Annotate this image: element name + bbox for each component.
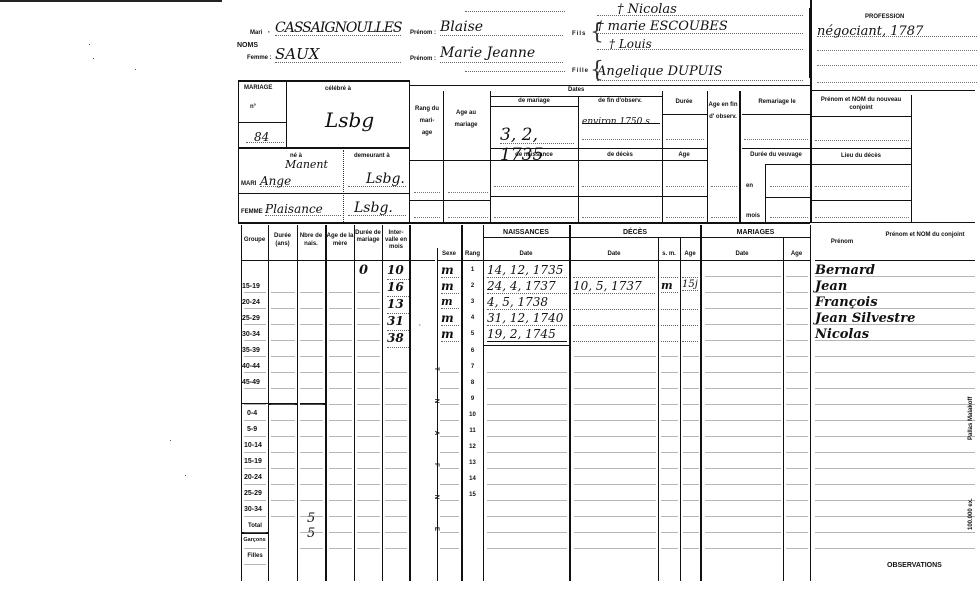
sm-value: [661, 263, 678, 278]
hdr-rang: Rang: [462, 251, 483, 257]
femme-ne-a-value: Plaisance: [265, 202, 323, 216]
hdr-age-mere: Age de la mère: [326, 232, 354, 248]
group-label: 20-24: [242, 299, 268, 315]
rule: [662, 148, 707, 149]
hdr-groupe: Groupe: [241, 237, 268, 243]
dotted-fill: [271, 277, 295, 525]
divider: [739, 91, 741, 222]
femme-prenom-value: Marie Jeanne: [440, 45, 535, 61]
group-label: 45-49: [242, 379, 268, 395]
sexe-value: m: [441, 311, 459, 326]
dotted-rule: [414, 192, 440, 193]
mariage-no-value: 84: [246, 130, 269, 144]
hdr-prenom: Prénom: [817, 239, 867, 245]
dotted-fill: [786, 261, 808, 557]
scan-speck: [135, 69, 136, 70]
mari-nom-field[interactable]: CASSAIGNOULLES: [275, 19, 401, 36]
rule: [239, 122, 286, 123]
femme-nom-field[interactable]: SAUX: [275, 45, 401, 63]
rang-value: 7: [462, 364, 483, 380]
group-label: 35-39: [242, 347, 268, 363]
rule: [662, 114, 707, 115]
de-fin-value: environ 1750 s: [582, 117, 650, 127]
rule: [812, 200, 911, 201]
rule: [242, 403, 268, 404]
rule: [238, 80, 410, 82]
dotted-rule: [666, 186, 704, 187]
hdr-duree-ans: Durée (ans): [268, 232, 297, 248]
group-label: [242, 267, 268, 283]
dotted-rule: [815, 186, 909, 187]
naissance-value: 14, 12, 1735: [487, 263, 567, 278]
de-mariage-value: 3, 2, 1735: [500, 125, 543, 165]
rule: [483, 345, 569, 346]
rule: [239, 147, 410, 149]
rule: [812, 116, 911, 117]
col-line: [382, 225, 383, 581]
dotted-fill: [329, 277, 352, 557]
rule: [242, 532, 268, 534]
garcons-label: Garçons: [241, 537, 268, 543]
femme-prenom-label: Prénom :: [410, 56, 436, 62]
rule: [241, 260, 435, 261]
group-label: 25-29: [244, 490, 268, 506]
lieu-deces-label: Lieu du décès: [813, 153, 909, 159]
hdr-deces: DÉCÈS: [570, 229, 700, 236]
divider: [286, 80, 287, 147]
fille-father-value: † Louis: [597, 37, 652, 51]
children-table: Groupe Durée (ans) Nbre de nais. Age de …: [225, 223, 980, 583]
de-fin-field[interactable]: environ 1750 s: [582, 111, 660, 124]
rang-value: 2: [462, 283, 483, 289]
deces-value: [573, 295, 655, 310]
age-label: Age: [662, 152, 706, 158]
mari-nom-value: CASSAIGNOULLES: [275, 20, 402, 36]
celebre-value[interactable]: Lsbg: [325, 108, 374, 132]
dotted-rule: [465, 70, 565, 72]
dotted-rule: [815, 140, 909, 141]
group-label: 15-19: [242, 283, 268, 299]
vertical-letter: F: [407, 453, 439, 477]
hdr-duree-mariage: Durée de mariage: [354, 230, 382, 244]
femme-label: Femme :: [247, 55, 272, 61]
rule: [662, 160, 707, 161]
duree-veuvage-label: Durée du veuvage: [742, 152, 810, 158]
mariage-no-field[interactable]: 84: [246, 128, 284, 143]
dotted-fill: [300, 277, 323, 557]
age-value: [682, 295, 698, 310]
dotted-rule: [711, 217, 737, 218]
demeurant-label: demeurant à: [354, 153, 390, 159]
hdr-deces-date: Date: [570, 251, 658, 257]
femme-demeurant-field[interactable]: Lsbg.: [348, 199, 406, 216]
scan-speck: [170, 440, 171, 441]
hdr-conjoint: Prénom et NOM du conjoint: [880, 231, 970, 240]
sexe-value: m: [441, 279, 459, 294]
fille-mother-value: Angelique DUPUIS: [597, 64, 723, 79]
dotted-rule: [817, 50, 977, 51]
rang-value: 6: [462, 348, 483, 364]
de-deces-label: de décès: [578, 152, 662, 158]
rule: [812, 164, 911, 165]
noms-label: NOMS: [237, 42, 258, 49]
dotted-rule: [666, 139, 704, 140]
mari-ne-a-value[interactable]: Manent: [285, 158, 328, 171]
hdr-intervalle: Inter- valle en mois: [382, 230, 410, 251]
dotted-fill: [574, 341, 656, 557]
dotted-rule: [582, 217, 660, 218]
groups-top: 15-19 20-24 25-29 30-34 35-39 40-44 45-4…: [242, 267, 268, 395]
rule: [742, 114, 810, 115]
femme-nom-value: SAUX: [275, 45, 319, 63]
fils-mother-value: † marie ESCOUBES: [597, 19, 728, 34]
interval-value[interactable]: 38: [387, 331, 409, 348]
hdr-nbre-nais: Nbre de nais.: [297, 232, 325, 248]
de-fin-label: de fin d'observ.: [578, 98, 662, 104]
vertical-letter: A: [407, 421, 439, 445]
rule: [765, 164, 810, 165]
age-fin-label: Age en fin d' observ.: [708, 99, 738, 123]
age-mariage-label: Age au mariage: [446, 107, 486, 131]
femme-row-label: FEMME: [241, 209, 263, 215]
rang-value: 15: [462, 492, 483, 508]
scan-speck: [89, 44, 90, 45]
dotted-rule: [711, 186, 737, 187]
mari-demeurant-value: Lsbg.: [348, 171, 405, 187]
celebre-label: célébré à: [325, 86, 351, 92]
group-label: 25-29: [242, 315, 268, 331]
rule: [490, 196, 662, 197]
fils-father-value: † Nicolas: [597, 2, 677, 17]
divider: [578, 96, 579, 222]
rang-value: 14: [462, 476, 483, 492]
col-line: [354, 225, 355, 581]
interval-value[interactable]: 13: [387, 297, 409, 314]
femme-prenom-field[interactable]: Marie Jeanne: [440, 44, 563, 63]
mari-ne-a-field[interactable]: Ange: [260, 172, 340, 187]
hdr-mariages: MARIAGES: [701, 229, 810, 236]
hdr-mar-age: Age: [783, 251, 810, 257]
age-value: [682, 311, 698, 326]
rule: [239, 193, 410, 194]
dotted-rule: [817, 65, 977, 66]
de-naissance-label: de naissance: [492, 152, 576, 158]
dotted-rule: [582, 139, 660, 140]
rang-value: 11: [462, 428, 483, 444]
rule: [483, 237, 810, 238]
naissance-value: 19, 2, 1745: [487, 327, 567, 342]
group-label: 0-4: [244, 410, 268, 426]
vertical-letter: T: [407, 357, 439, 381]
dotted-fill: [440, 357, 459, 557]
dotted-rule: [494, 217, 574, 218]
duree-label: Durée: [662, 99, 706, 105]
observations-label: OBSERVATIONS: [887, 562, 942, 569]
naissance-value: 24, 4, 1737: [487, 279, 567, 294]
rang-value: 4: [462, 315, 483, 321]
hdr-age: Age: [680, 251, 700, 257]
de-mariage-field[interactable]: 3, 2, 1735: [500, 125, 574, 144]
de-mariage-label: de mariage: [492, 98, 576, 104]
mari-prenom-label: Prénom :: [410, 30, 436, 36]
sexe-value: m: [441, 263, 459, 278]
rule: [490, 96, 662, 97]
dotted-fill: [661, 341, 678, 557]
dotted-rule: [414, 217, 440, 218]
deces-value: 10, 5, 1737: [573, 279, 655, 294]
rang-value: 10: [462, 412, 483, 428]
vertical-letter: N: [407, 485, 439, 509]
mari-demeurant-field[interactable]: Lsbg.: [348, 170, 406, 187]
col-line: [297, 225, 298, 581]
rule: [410, 160, 490, 161]
dotted-rule: [666, 217, 704, 218]
fille-label: Fille: [572, 68, 589, 74]
print-run: 100.000 ex.: [968, 498, 974, 530]
fils-parent-1[interactable]: † Nicolas: [597, 0, 803, 16]
rang-value: 13: [462, 460, 483, 476]
group-label: 30-34: [242, 331, 268, 347]
fille-parent-2[interactable]: Angelique DUPUIS: [597, 62, 803, 81]
rang-value: 5: [462, 331, 483, 337]
dotted-rule: [494, 186, 574, 187]
fils-parent-2[interactable]: † marie ESCOUBES: [597, 17, 803, 34]
group-label: 40-44: [242, 363, 268, 379]
divider: [911, 95, 912, 222]
interval-value[interactable]: 10: [387, 263, 409, 280]
sm-value: [661, 327, 678, 342]
naissance-value: 4, 5, 1738: [487, 295, 567, 310]
rule: [490, 106, 578, 107]
empty-rang-list: 6 7 8 9 10 11 12 13 14 15: [462, 348, 483, 508]
rang-value: 1: [462, 267, 483, 273]
sm-value: m: [661, 279, 678, 293]
dates-label: Dates: [568, 87, 584, 93]
profession-value: négociant, 1787: [817, 24, 923, 39]
hdr-sexe: Sexe: [437, 251, 461, 257]
scan-speck: [93, 58, 94, 59]
interval-value[interactable]: 31: [387, 314, 409, 331]
deces-value: [573, 311, 655, 326]
enfants-vertical-label: T N A F N E: [411, 353, 435, 545]
sm-value: [661, 311, 678, 326]
colon: ,: [268, 28, 270, 34]
total-label: Total: [242, 523, 268, 529]
dotted-rule: [744, 139, 808, 140]
dotted-rule: [448, 217, 488, 218]
remariage-label: Remariage le: [744, 99, 810, 105]
dotted-rule: [815, 217, 909, 218]
rule: [490, 160, 662, 161]
dotted-fill: [487, 357, 567, 557]
dotted-fill: [385, 357, 407, 557]
group-label: 5-9: [244, 426, 268, 442]
rang-value: 8: [462, 380, 483, 396]
scan-speck: [185, 475, 186, 476]
divider: [810, 0, 812, 222]
fils-label: Fils: [572, 31, 586, 37]
mari-prenom-value: Blaise: [440, 19, 483, 35]
divider: [490, 91, 491, 222]
mari-row-label: MARI: [241, 181, 256, 187]
dotted-rule: [582, 186, 660, 187]
mariage-label: MARIAGE: [244, 85, 272, 91]
dotted-rule: [770, 186, 808, 187]
divider: [343, 150, 344, 222]
groups-bottom: 0-4 5-9 10-14 15-19 20-24 25-29 30-34: [244, 410, 268, 520]
sexe-value: m: [441, 327, 459, 342]
sm-value: [661, 295, 678, 310]
deces-value: [573, 263, 655, 278]
rang-mariage-label: Rang du mari- age: [414, 103, 440, 139]
vertical-letter: N: [407, 389, 439, 413]
hdr-sm: s. m.: [658, 251, 680, 257]
rang-value: 9: [462, 396, 483, 412]
duree-mariage-first[interactable]: 0: [359, 263, 368, 278]
profession-field[interactable]: négociant, 1787: [817, 22, 977, 37]
dotted-fill: [705, 261, 781, 557]
deces-value: [573, 327, 655, 342]
group-label: 10-14: [244, 442, 268, 458]
femme-demeurant-value: Lsbg.: [348, 200, 393, 216]
dotted-fill: [683, 341, 699, 557]
fille-parent-1[interactable]: † Louis: [597, 35, 803, 50]
dotted-rule: [770, 217, 808, 218]
profession-label: PROFESSION: [865, 14, 904, 20]
group-label: 15-19: [244, 458, 268, 474]
hdr-mar-date: Date: [701, 251, 783, 257]
dotted-rule: [465, 10, 565, 12]
en-label: en: [746, 183, 753, 189]
vertical-letter: E: [407, 517, 439, 541]
rule: [810, 90, 975, 91]
hdr-naissances: NAISSANCES: [483, 229, 569, 236]
dotted-rule: [817, 82, 977, 83]
rule: [742, 148, 810, 149]
mariage-no-label: n°: [250, 104, 256, 110]
dotted-fill: [815, 261, 975, 557]
group-label: 30-34: [244, 506, 268, 520]
mari-ne-a-line2: Ange: [260, 174, 291, 188]
rule: [812, 148, 911, 149]
mois-label: mois: [746, 213, 760, 219]
vertical-letter: ·: [419, 323, 421, 329]
hdr-naiss-date: Date: [483, 251, 569, 257]
mari-label: Mari: [250, 30, 262, 36]
mari-prenom-field[interactable]: Blaise: [440, 18, 563, 36]
rang-value: 12: [462, 444, 483, 460]
rule: [410, 200, 490, 201]
age-value: [682, 327, 698, 342]
col-line: [325, 225, 327, 581]
printer-credit: Pallas Malakoff: [968, 397, 974, 440]
rule: [490, 148, 662, 149]
divider: [443, 91, 444, 222]
age-value: [682, 263, 698, 278]
dotted-fill: [357, 277, 380, 557]
filles-label: Filles: [242, 553, 268, 559]
age-value: 15j: [682, 279, 698, 291]
rule: [662, 196, 707, 197]
dotted-rule: [448, 192, 488, 193]
frame-left: [238, 80, 239, 222]
intervals-list: 10 16 13 31 38: [387, 263, 409, 348]
interval-value[interactable]: 16: [387, 280, 409, 297]
sexe-value: m: [441, 295, 459, 309]
scan-edge-bar: [0, 0, 222, 2]
divider: [765, 164, 766, 222]
femme-ne-a-field[interactable]: Plaisance: [265, 200, 341, 216]
header-names: Mari , NOMS Femme : CASSAIGNOULLES SAUX …: [225, 0, 980, 80]
naissance-value: 31, 12, 1740: [487, 311, 567, 326]
group-label: 20-24: [244, 474, 268, 490]
rule: [765, 197, 810, 198]
rang-value: 3: [462, 299, 483, 305]
nouveau-conjoint-label: Prénom et NOM du nouveau conjoint: [813, 96, 909, 112]
dates-block: Rang du mari- age Age au mariage Dates d…: [410, 85, 810, 222]
